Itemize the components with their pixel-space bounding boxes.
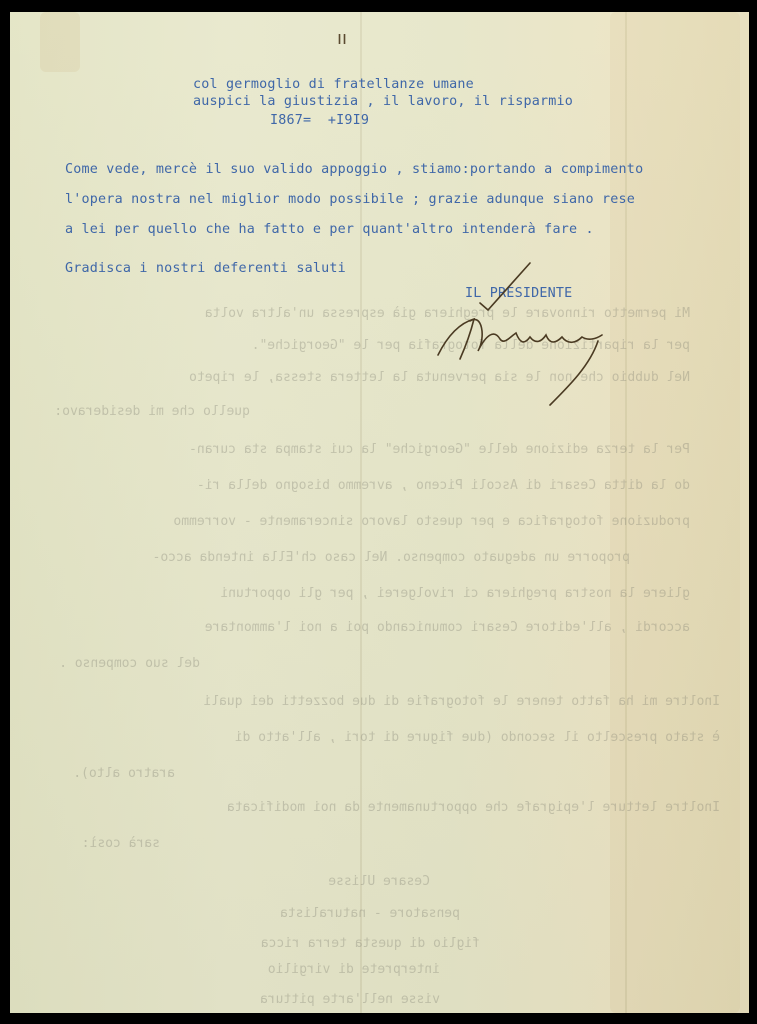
show-through-line: Per la terza edizione delle "Georgiche" … (189, 442, 690, 457)
handwritten-signature (430, 255, 620, 410)
show-through-line: figlio di questa terra ricca (261, 936, 480, 951)
show-through-line: produzione fotografica e per questo lavo… (173, 514, 690, 529)
show-through-line: proporre un adeguato compenso. Nel caso … (153, 550, 630, 565)
body-line: a lei per quello che ha fatto e per quan… (65, 222, 594, 237)
show-through-line: Inoltre letture l'epigrafe che opportuna… (227, 800, 720, 815)
show-through-line: è stato prescelto il secondo (due figure… (235, 730, 720, 745)
top-pencil-mark: ıı (337, 28, 347, 49)
show-through-line: accordi , all'editore Cesari comunicando… (205, 620, 690, 635)
show-through-line: interprete di virgilio (268, 962, 440, 977)
motto-line: auspici la giustizia , il lavoro, il ris… (193, 94, 573, 109)
body-line: Come vede, mercè il suo valido appoggio … (65, 162, 643, 177)
show-through-line: Inoltre mi ha fatto tenere le fotografie… (203, 694, 720, 709)
show-through-line: del suo compenso . (59, 656, 200, 671)
show-through-line: do la ditta Cesari di Ascoli Piceno , av… (197, 478, 690, 493)
show-through-line: aratro alto). (73, 766, 175, 781)
closing-salutation: Gradisca i nostri deferenti saluti (65, 261, 346, 276)
show-through-line: visse nell'arte pittura (260, 992, 440, 1007)
show-through-line: Cesare Ulisse (328, 874, 430, 889)
show-through-line: pensatore - naturalista (280, 906, 460, 921)
motto-line: col germoglio di fratellanze umane (193, 77, 474, 92)
show-through-line: sarà così: (82, 836, 160, 851)
motto-dates: I867= +I9I9 (270, 113, 369, 128)
show-through-line: quello che mi desideravo: (54, 404, 250, 419)
body-line: l'opera nostra nel miglior modo possibil… (65, 192, 635, 207)
show-through-line: gliere la nostra preghiera ci rivolgerei… (220, 586, 690, 601)
paper-stain (40, 12, 80, 72)
